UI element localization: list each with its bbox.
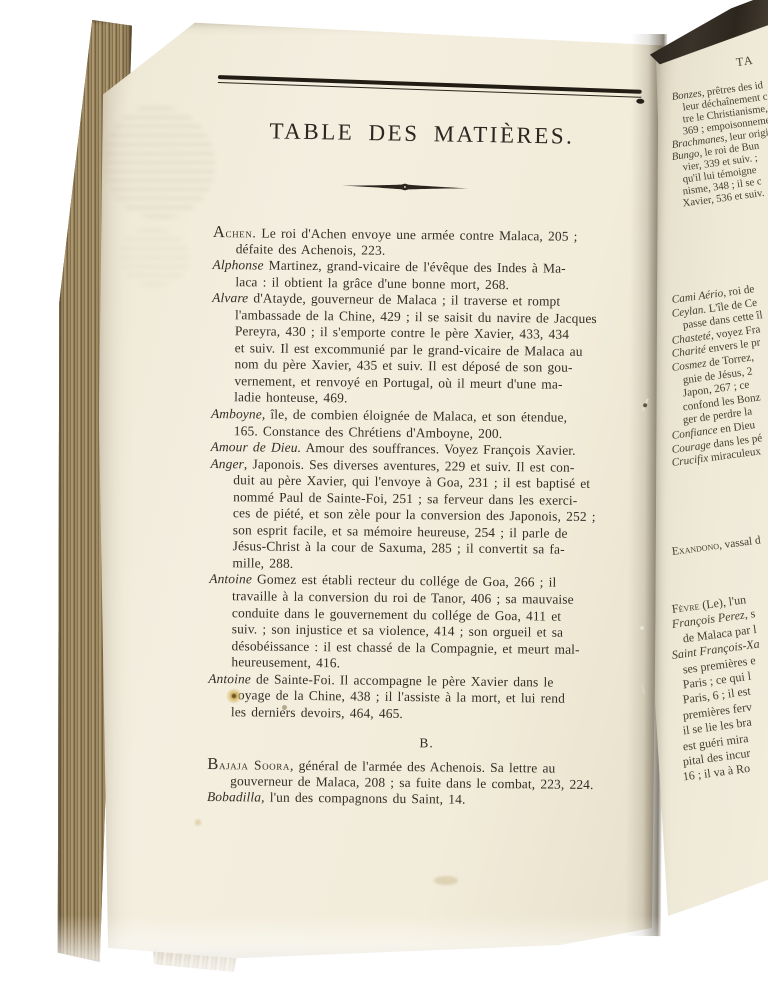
entry-headword: Alvare [212, 290, 248, 305]
right-page-block-c: Cami Aério, roi deCeylan. L'île de Cepas… [672, 294, 768, 471]
index-entry-line: les derniers devoirs, 464, 465. [208, 704, 646, 725]
binding-thread [640, 626, 644, 630]
entry-head-initial: A [213, 222, 226, 241]
right-page-line-fragment: Exandono, vassal d [671, 528, 768, 559]
entry-headword: Achen. [213, 225, 257, 240]
book-photograph: TABLE DES MATIÈRES. Achen. Le roi d'Ache… [0, 0, 768, 1000]
right-page-block-f: Fèvre (Le), l'unFrançois Perez, sde Mala… [672, 602, 768, 787]
foxing-spot [434, 876, 458, 885]
entry-headword: Amboyne [211, 406, 262, 422]
title-divider-ornament [340, 178, 470, 191]
verso-show-through [105, 106, 215, 218]
entry-headword: Anger [210, 456, 244, 471]
entry-headword: Amour de Dieu. [211, 439, 302, 455]
right-page-block-e: Exandono, vassal d [672, 546, 768, 559]
entry-headword: Exandono [671, 540, 720, 558]
entry-headword: Alphonse [212, 257, 263, 273]
entry-head-initial: B [207, 754, 219, 773]
right-page-block-b: Bonzes, prêtres des idleur déchaînement … [672, 92, 768, 212]
index-entries: Achen. Le roi d'Achen envoye une armée c… [207, 224, 651, 810]
foxing-spot [226, 688, 242, 704]
entry-headword: Antoine [209, 571, 252, 586]
right-page-running-header-fragment: TA [735, 53, 755, 70]
foxing-spot [193, 818, 203, 827]
right-page: TA Bonzes, prêtres des idleur déchaîneme… [652, 0, 768, 930]
section-header: B. [207, 733, 645, 754]
photo-bottom-fade [0, 915, 768, 1000]
verso-show-through [120, 228, 190, 286]
entry-headword: Bobadilla [207, 789, 261, 805]
entry-headword: Antoine [208, 671, 251, 686]
foxing-spot [282, 705, 287, 710]
entry-headword: Bajaja Soora [207, 757, 290, 773]
